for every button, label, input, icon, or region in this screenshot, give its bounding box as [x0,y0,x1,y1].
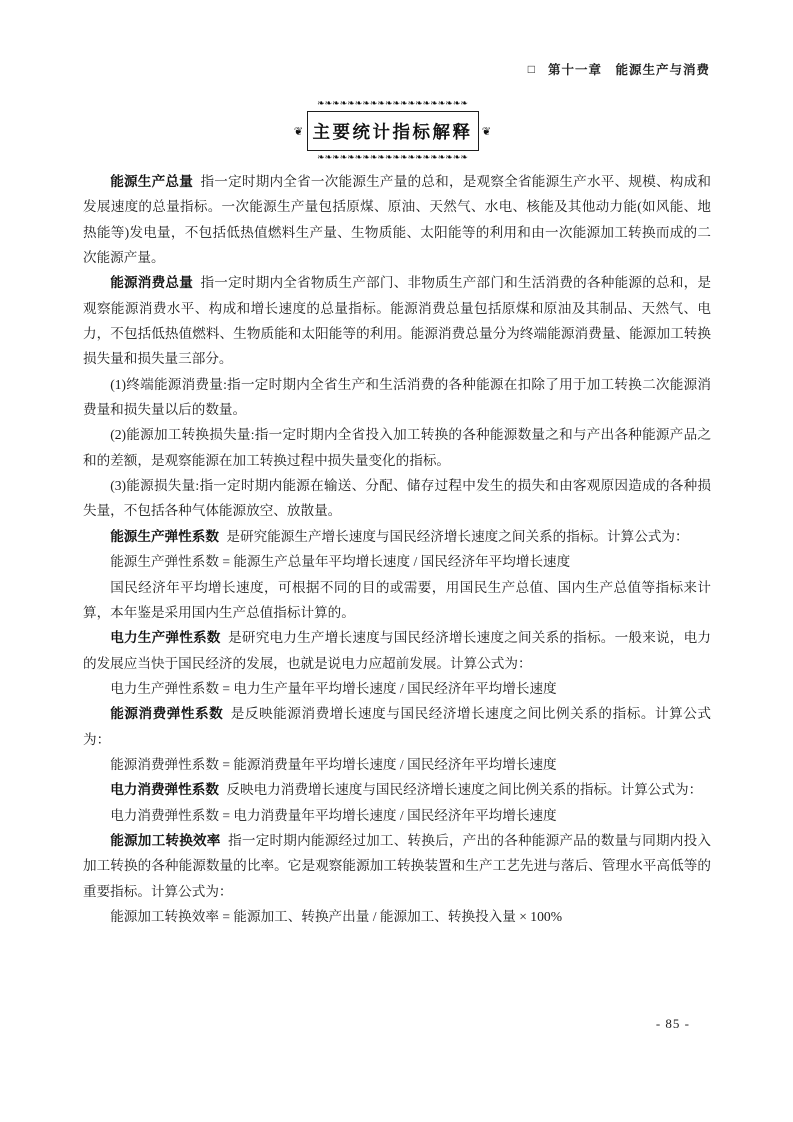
paragraph-definition: 能源加工转换效率指一定时期内能源经过加工、转换后，产出的各种能源产品的数量与同期… [83,828,711,904]
paragraph-text: 国民经济年平均增长速度，可根据不同的目的或需要，用国民生产总值、国内生产总值等指… [83,580,711,620]
running-head: □第十一章 能源生产与消费 [83,60,710,78]
section-title-frame: 主要统计指标解释 [307,111,479,151]
ornament-border-bottom: ❧❧❧❧❧❧❧❧❧❧❧❧❧❧❧❧❧❧❧❧ [293,152,493,164]
term-label: 能源加工转换效率 [110,833,220,848]
term-label: 能源消费弹性系数 [110,706,223,721]
formula-text: 电力生产弹性系数 = 电力生产量年平均增长速度 / 国民经济年平均增长速度 [110,681,556,696]
paragraph-definition: 电力消费弹性系数反映电力消费增长速度与国民经济增长速度之间比例关系的指标。计算公… [83,777,711,802]
ornament-border-left: ❦ [293,110,305,152]
document-page: □第十一章 能源生产与消费 ❧❧❧❧❧❧❧❧❧❧❧❧❧❧❧❧❧❧❧❧ ❦ 主要统… [0,0,793,1122]
paragraph-definition: 能源生产总量指一定时期内全省一次能源生产量的总和，是观察全省能源生产水平、规模、… [83,169,711,270]
paragraph-text: (1)终端能源消费量:指一定时期内全省生产和生活消费的各种能源在扣除了用于加工转… [83,377,711,417]
paragraph-plain: 国民经济年平均增长速度，可根据不同的目的或需要，用国民生产总值、国内生产总值等指… [83,575,711,626]
ornament-border-right: ❦ [481,110,493,152]
chapter-marker-square: □ [528,62,536,76]
page-number: - 85 - [83,1016,690,1032]
paragraph-text: 是研究能源生产增长速度与国民经济增长速度之间关系的指标。计算公式为： [226,529,688,544]
paragraph-text: (2)能源加工转换损失量:指一定时期内全省投入加工转换的各种能源数量之和与产出各… [83,427,711,467]
section-title-box-middle: ❦ 主要统计指标解释 ❦ [293,110,493,152]
paragraph-definition: 能源消费总量指一定时期内全省物质生产部门、非物质生产部门和生活消费的各种能源的总… [83,270,711,371]
paragraph-numbered-item: (3)能源损失量:指一定时期内能源在输送、分配、储存过程中发生的损失和由客观原因… [83,473,711,524]
formula-text: 能源生产弹性系数 = 能源生产总量年平均增长速度 / 国民经济年平均增长速度 [110,554,570,569]
term-label: 能源生产弹性系数 [110,529,219,544]
term-label: 电力生产弹性系数 [110,630,220,645]
term-label: 电力消费弹性系数 [110,782,219,797]
paragraph-definition: 能源消费弹性系数是反映能源消费增长速度与国民经济增长速度之间比例关系的指标。计算… [83,701,711,752]
paragraph-formula: 能源消费弹性系数 = 能源消费量年平均增长速度 / 国民经济年平均增长速度 [83,752,711,777]
paragraph-numbered-item: (1)终端能源消费量:指一定时期内全省生产和生活消费的各种能源在扣除了用于加工转… [83,372,711,423]
paragraph-text: 反映电力消费增长速度与国民经济增长速度之间比例关系的指标。计算公式为： [226,782,702,797]
term-label: 能源生产总量 [110,174,193,189]
section-title: 主要统计指标解释 [313,119,473,144]
paragraph-formula: 能源生产弹性系数 = 能源生产总量年平均增长速度 / 国民经济年平均增长速度 [83,549,711,574]
paragraph-formula: 能源加工转换效率 = 能源加工、转换产出量 / 能源加工、转换投入量 × 100… [83,904,711,929]
paragraph-formula: 电力生产弹性系数 = 电力生产量年平均增长速度 / 国民经济年平均增长速度 [83,676,711,701]
term-label: 能源消费总量 [110,275,193,290]
paragraph-text: (3)能源损失量:指一定时期内能源在输送、分配、储存过程中发生的损失和由客观原因… [83,478,711,518]
formula-text: 电力消费弹性系数 = 电力消费量年平均增长速度 / 国民经济年平均增长速度 [110,808,556,823]
ornament-border-top: ❧❧❧❧❧❧❧❧❧❧❧❧❧❧❧❧❧❧❧❧ [293,98,493,110]
chapter-title: 第十一章 能源生产与消费 [548,63,710,77]
body-text: 能源生产总量指一定时期内全省一次能源生产量的总和，是观察全省能源生产水平、规模、… [83,169,711,929]
paragraph-formula: 电力消费弹性系数 = 电力消费量年平均增长速度 / 国民经济年平均增长速度 [83,803,711,828]
formula-text: 能源加工转换效率 = 能源加工、转换产出量 / 能源加工、转换投入量 × 100… [110,909,562,924]
paragraph-definition: 电力生产弹性系数是研究电力生产增长速度与国民经济增长速度之间关系的指标。一般来说… [83,625,711,676]
section-title-box: ❧❧❧❧❧❧❧❧❧❧❧❧❧❧❧❧❧❧❧❧ ❦ 主要统计指标解释 ❦ ❧❧❧❧❧❧… [293,98,493,164]
paragraph-numbered-item: (2)能源加工转换损失量:指一定时期内全省投入加工转换的各种能源数量之和与产出各… [83,422,711,473]
formula-text: 能源消费弹性系数 = 能源消费量年平均增长速度 / 国民经济年平均增长速度 [110,757,556,772]
paragraph-definition: 能源生产弹性系数是研究能源生产增长速度与国民经济增长速度之间关系的指标。计算公式… [83,524,711,549]
